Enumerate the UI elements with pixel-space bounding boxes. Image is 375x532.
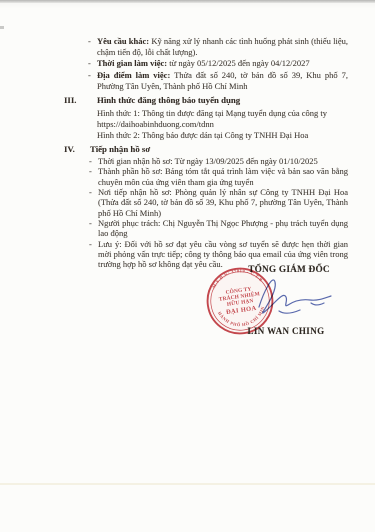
section-number: III. (64, 95, 97, 105)
bullet-marker: - (88, 58, 91, 69)
section-heading-iv: IV.Tiếp nhận hồ sơ (64, 144, 150, 154)
scan-edge-artifact (0, 26, 4, 29)
section-iv-bullet-list: - Thời gian nhận hồ sơ: Từ ngày 13/09/20… (86, 156, 348, 270)
list-item-reception-time: - Thời gian nhận hồ sơ: Từ ngày 13/09/20… (86, 156, 348, 166)
bullet-text: Thành phần hồ sơ: Bảng tóm tắt quá trình… (98, 166, 348, 186)
bullet-label: Yêu cầu khác: (97, 36, 149, 46)
section-heading-iii: III.Hình thức đăng thông báo tuyển dụng (64, 95, 240, 105)
bullet-label: Địa điểm làm việc: (97, 70, 170, 80)
bullet-text: Thời gian nhận hồ sơ: Từ ngày 13/09/2025… (98, 156, 318, 166)
requirements-bullet-list: - Yêu cầu khác: Kỹ năng xử lý nhanh các … (85, 36, 348, 92)
bullet-marker: - (89, 166, 92, 176)
list-item-contact-person: - Người phục trách: Chị Nguyễn Thị Ngọc … (86, 218, 348, 239)
list-item-dossier-components: - Thành phần hồ sơ: Bảng tóm tắt quá trì… (86, 166, 348, 187)
recruitment-url: https://daihoabinhduong.com/tdnn (97, 119, 348, 130)
bullet-marker: - (89, 239, 92, 249)
bullet-marker: - (88, 36, 91, 47)
bullet-label: Thời gian làm việc: (97, 58, 167, 68)
bullet-marker: - (89, 218, 92, 228)
list-item-reception-place: - Nơi tiếp nhận hồ sơ: Phòng quản lý nhâ… (86, 187, 348, 218)
scan-artifact-line (0, 483, 375, 485)
section-iii-body: Hình thức 1: Thông tin được đăng tại Mạn… (97, 108, 348, 140)
list-item-working-time: - Thời gian làm việc: từ ngày 05/12/2025… (85, 58, 348, 69)
posting-method-2-line: Hình thức 2: Thông báo được dán tại Công… (97, 130, 348, 141)
bullet-marker: - (88, 70, 91, 81)
bullet-marker: - (89, 156, 92, 166)
bullet-marker: - (89, 187, 92, 197)
signer-name: LIN WAN CHING (234, 326, 338, 336)
bullet-text: Nơi tiếp nhận hồ sơ: Phòng quản lý nhân … (98, 187, 348, 218)
section-number: IV. (64, 144, 90, 154)
signature-ink (249, 271, 335, 325)
list-item-other-requirements: - Yêu cầu khác: Kỹ năng xử lý nhanh các … (85, 36, 348, 58)
scan-edge-artifact (0, 0, 375, 3)
section-title: Tiếp nhận hồ sơ (90, 144, 150, 154)
posting-method-1-line: Hình thức 1: Thông tin được đăng tại Mạn… (97, 108, 348, 119)
list-item-work-location: - Địa điểm làm việc: Thửa đất số 240, tờ… (85, 70, 348, 92)
document-page: - Yêu cầu khác: Kỹ năng xử lý nhanh các … (0, 0, 375, 532)
bullet-text: Người phục trách: Chị Nguyễn Thị Ngọc Ph… (98, 218, 348, 238)
section-title: Hình thức đăng thông báo tuyển dụng (97, 95, 240, 105)
bullet-text: từ ngày 05/12/2025 đến ngày 04/12/2027 (169, 58, 309, 68)
